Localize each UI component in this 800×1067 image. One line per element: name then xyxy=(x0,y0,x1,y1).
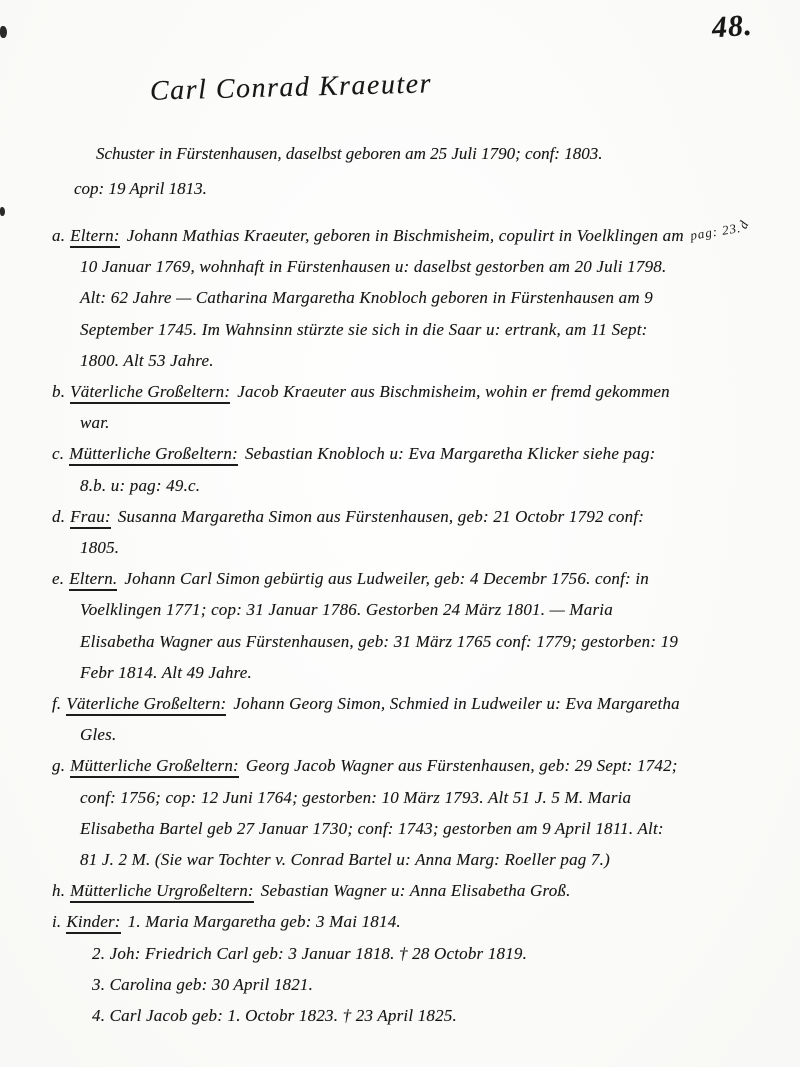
entry-text: Johann Carl Simon gebürtig aus Ludweiler… xyxy=(80,569,678,682)
intro-line-2: cop: 19 April 1813. xyxy=(74,171,694,206)
entry-key: c. xyxy=(52,444,64,463)
child-line: 4. Carl Jacob geb: 1. Octobr 1823. † 23 … xyxy=(52,1000,684,1031)
entry-label: Frau: xyxy=(70,507,111,529)
entry-text: Johann Mathias Kraeuter, geboren in Bisc… xyxy=(80,226,684,370)
entry-key: i. xyxy=(52,912,61,931)
page-title: Carl Conrad Kraeuter xyxy=(150,68,433,107)
entry-label: Eltern. xyxy=(69,569,117,591)
entry-f-vaeterliche-grosseltern: f.Väterliche Großeltern:Johann Georg Sim… xyxy=(52,688,684,750)
scan-artifact xyxy=(0,26,7,38)
entry-i-kinder: i.Kinder:1. Maria Margaretha geb: 3 Mai … xyxy=(52,906,684,937)
entry-text: Susanna Margaretha Simon aus Fürstenhaus… xyxy=(80,507,644,557)
scan-artifact xyxy=(0,207,5,216)
child-line: 2. Joh: Friedrich Carl geb: 3 Januar 181… xyxy=(52,938,684,969)
entry-h-muetterliche-urgrosseltern: h.Mütterliche Urgroßeltern:Sebastian Wag… xyxy=(52,875,684,906)
entry-key: f. xyxy=(52,694,61,713)
document-page: 48. Carl Conrad Kraeuter Schuster in Für… xyxy=(0,0,800,1067)
entries-list: a.Eltern:Johann Mathias Kraeuter, gebore… xyxy=(52,220,684,1031)
entry-d-frau: d.Frau:Susanna Margaretha Simon aus Fürs… xyxy=(52,501,684,563)
entry-b-vaeterliche-grosseltern: b.Väterliche Großeltern:Jacob Kraeuter a… xyxy=(52,376,684,438)
entry-label: Kinder: xyxy=(66,912,120,934)
entry-key: d. xyxy=(52,507,65,526)
margin-note: pag: 23.d xyxy=(689,218,754,244)
entry-label: Mütterliche Großeltern: xyxy=(69,444,238,466)
page-number: 48. xyxy=(711,9,754,46)
entry-label: Väterliche Großeltern: xyxy=(66,694,226,716)
intro-line-1: Schuster in Fürstenhausen, daselbst gebo… xyxy=(74,136,694,171)
entry-label: Väterliche Großeltern: xyxy=(70,382,230,404)
entry-label: Eltern: xyxy=(70,226,120,248)
entry-label: Mütterliche Großeltern: xyxy=(70,756,239,778)
child-line: 3. Carolina geb: 30 April 1821. xyxy=(52,969,684,1000)
child-line: 1. Maria Margaretha geb: 3 Mai 1814. xyxy=(128,912,401,931)
entry-key: b. xyxy=(52,382,65,401)
entry-text: Sebastian Wagner u: Anna Elisabetha Groß… xyxy=(261,881,571,900)
intro-paragraph: Schuster in Fürstenhausen, daselbst gebo… xyxy=(74,136,694,206)
entry-key: e. xyxy=(52,569,64,588)
entry-label: Mütterliche Urgroßeltern: xyxy=(70,881,254,903)
entry-key: g. xyxy=(52,756,65,775)
entry-e-eltern: e.Eltern.Johann Carl Simon gebürtig aus … xyxy=(52,563,684,688)
entry-g-muetterliche-grosseltern: g.Mütterliche Großeltern:Georg Jacob Wag… xyxy=(52,750,684,875)
entry-c-muetterliche-grosseltern: c.Mütterliche Großeltern:Sebastian Knobl… xyxy=(52,438,684,500)
entry-key: a. xyxy=(52,226,65,245)
entry-key: h. xyxy=(52,881,65,900)
entry-a-eltern: a.Eltern:Johann Mathias Kraeuter, gebore… xyxy=(52,220,684,376)
